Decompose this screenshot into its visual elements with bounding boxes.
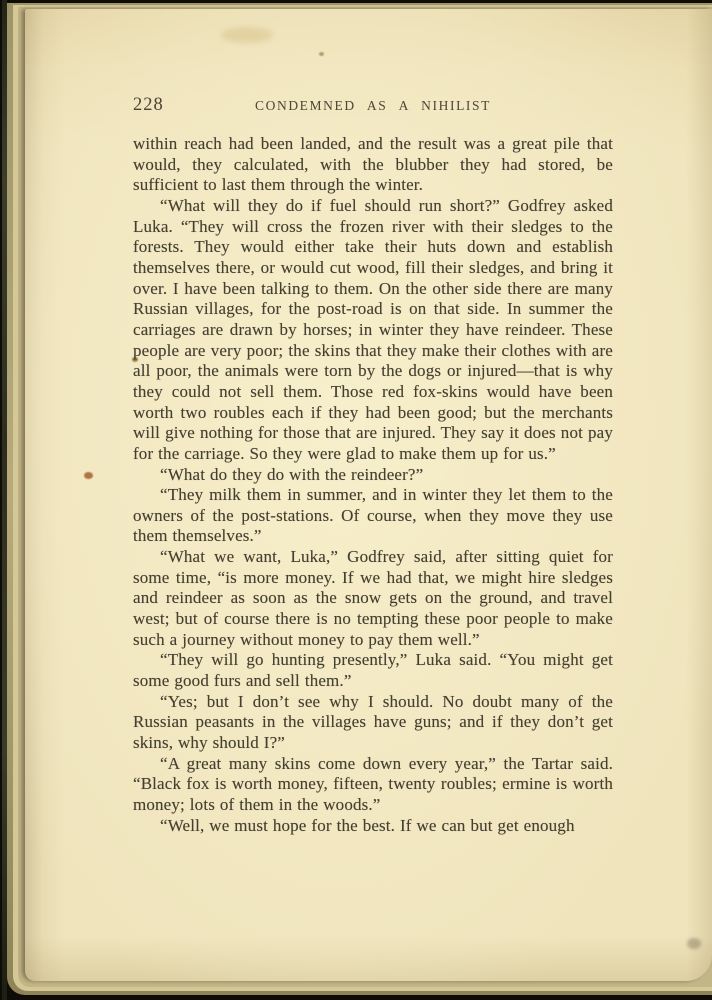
book-page: 228 CONDEMNED AS A NIHILIST within reach…: [25, 9, 712, 981]
paragraph: “Yes; but I don’t see why I should. No d…: [133, 692, 613, 754]
running-header-title: CONDEMNED AS A NIHILIST: [133, 98, 613, 114]
book-scan: 228 CONDEMNED AS A NIHILIST within reach…: [0, 0, 712, 1000]
scan-smudge: [687, 938, 701, 949]
paragraph: “A great many skins come down every year…: [133, 754, 613, 816]
paper-stain: [221, 27, 273, 43]
running-head: 228 CONDEMNED AS A NIHILIST: [133, 95, 613, 117]
foxing-spot: [84, 472, 93, 479]
foxing-spot: [319, 52, 324, 56]
paragraph: “What will they do if fuel should run sh…: [133, 196, 613, 465]
paragraph: within reach had been landed, and the re…: [133, 134, 613, 196]
page-body: within reach had been landed, and the re…: [133, 134, 613, 836]
page-content: 228 CONDEMNED AS A NIHILIST within reach…: [133, 95, 613, 836]
paragraph: “They will go hunting presently,” Luka s…: [133, 650, 613, 691]
paragraph: “What do they do with the reindeer?”: [133, 465, 613, 486]
paragraph: “They milk them in summer, and in winter…: [133, 485, 613, 547]
paragraph: “What we want, Luka,” Godfrey said, afte…: [133, 547, 613, 650]
paragraph: “Well, we must hope for the best. If we …: [133, 816, 613, 837]
